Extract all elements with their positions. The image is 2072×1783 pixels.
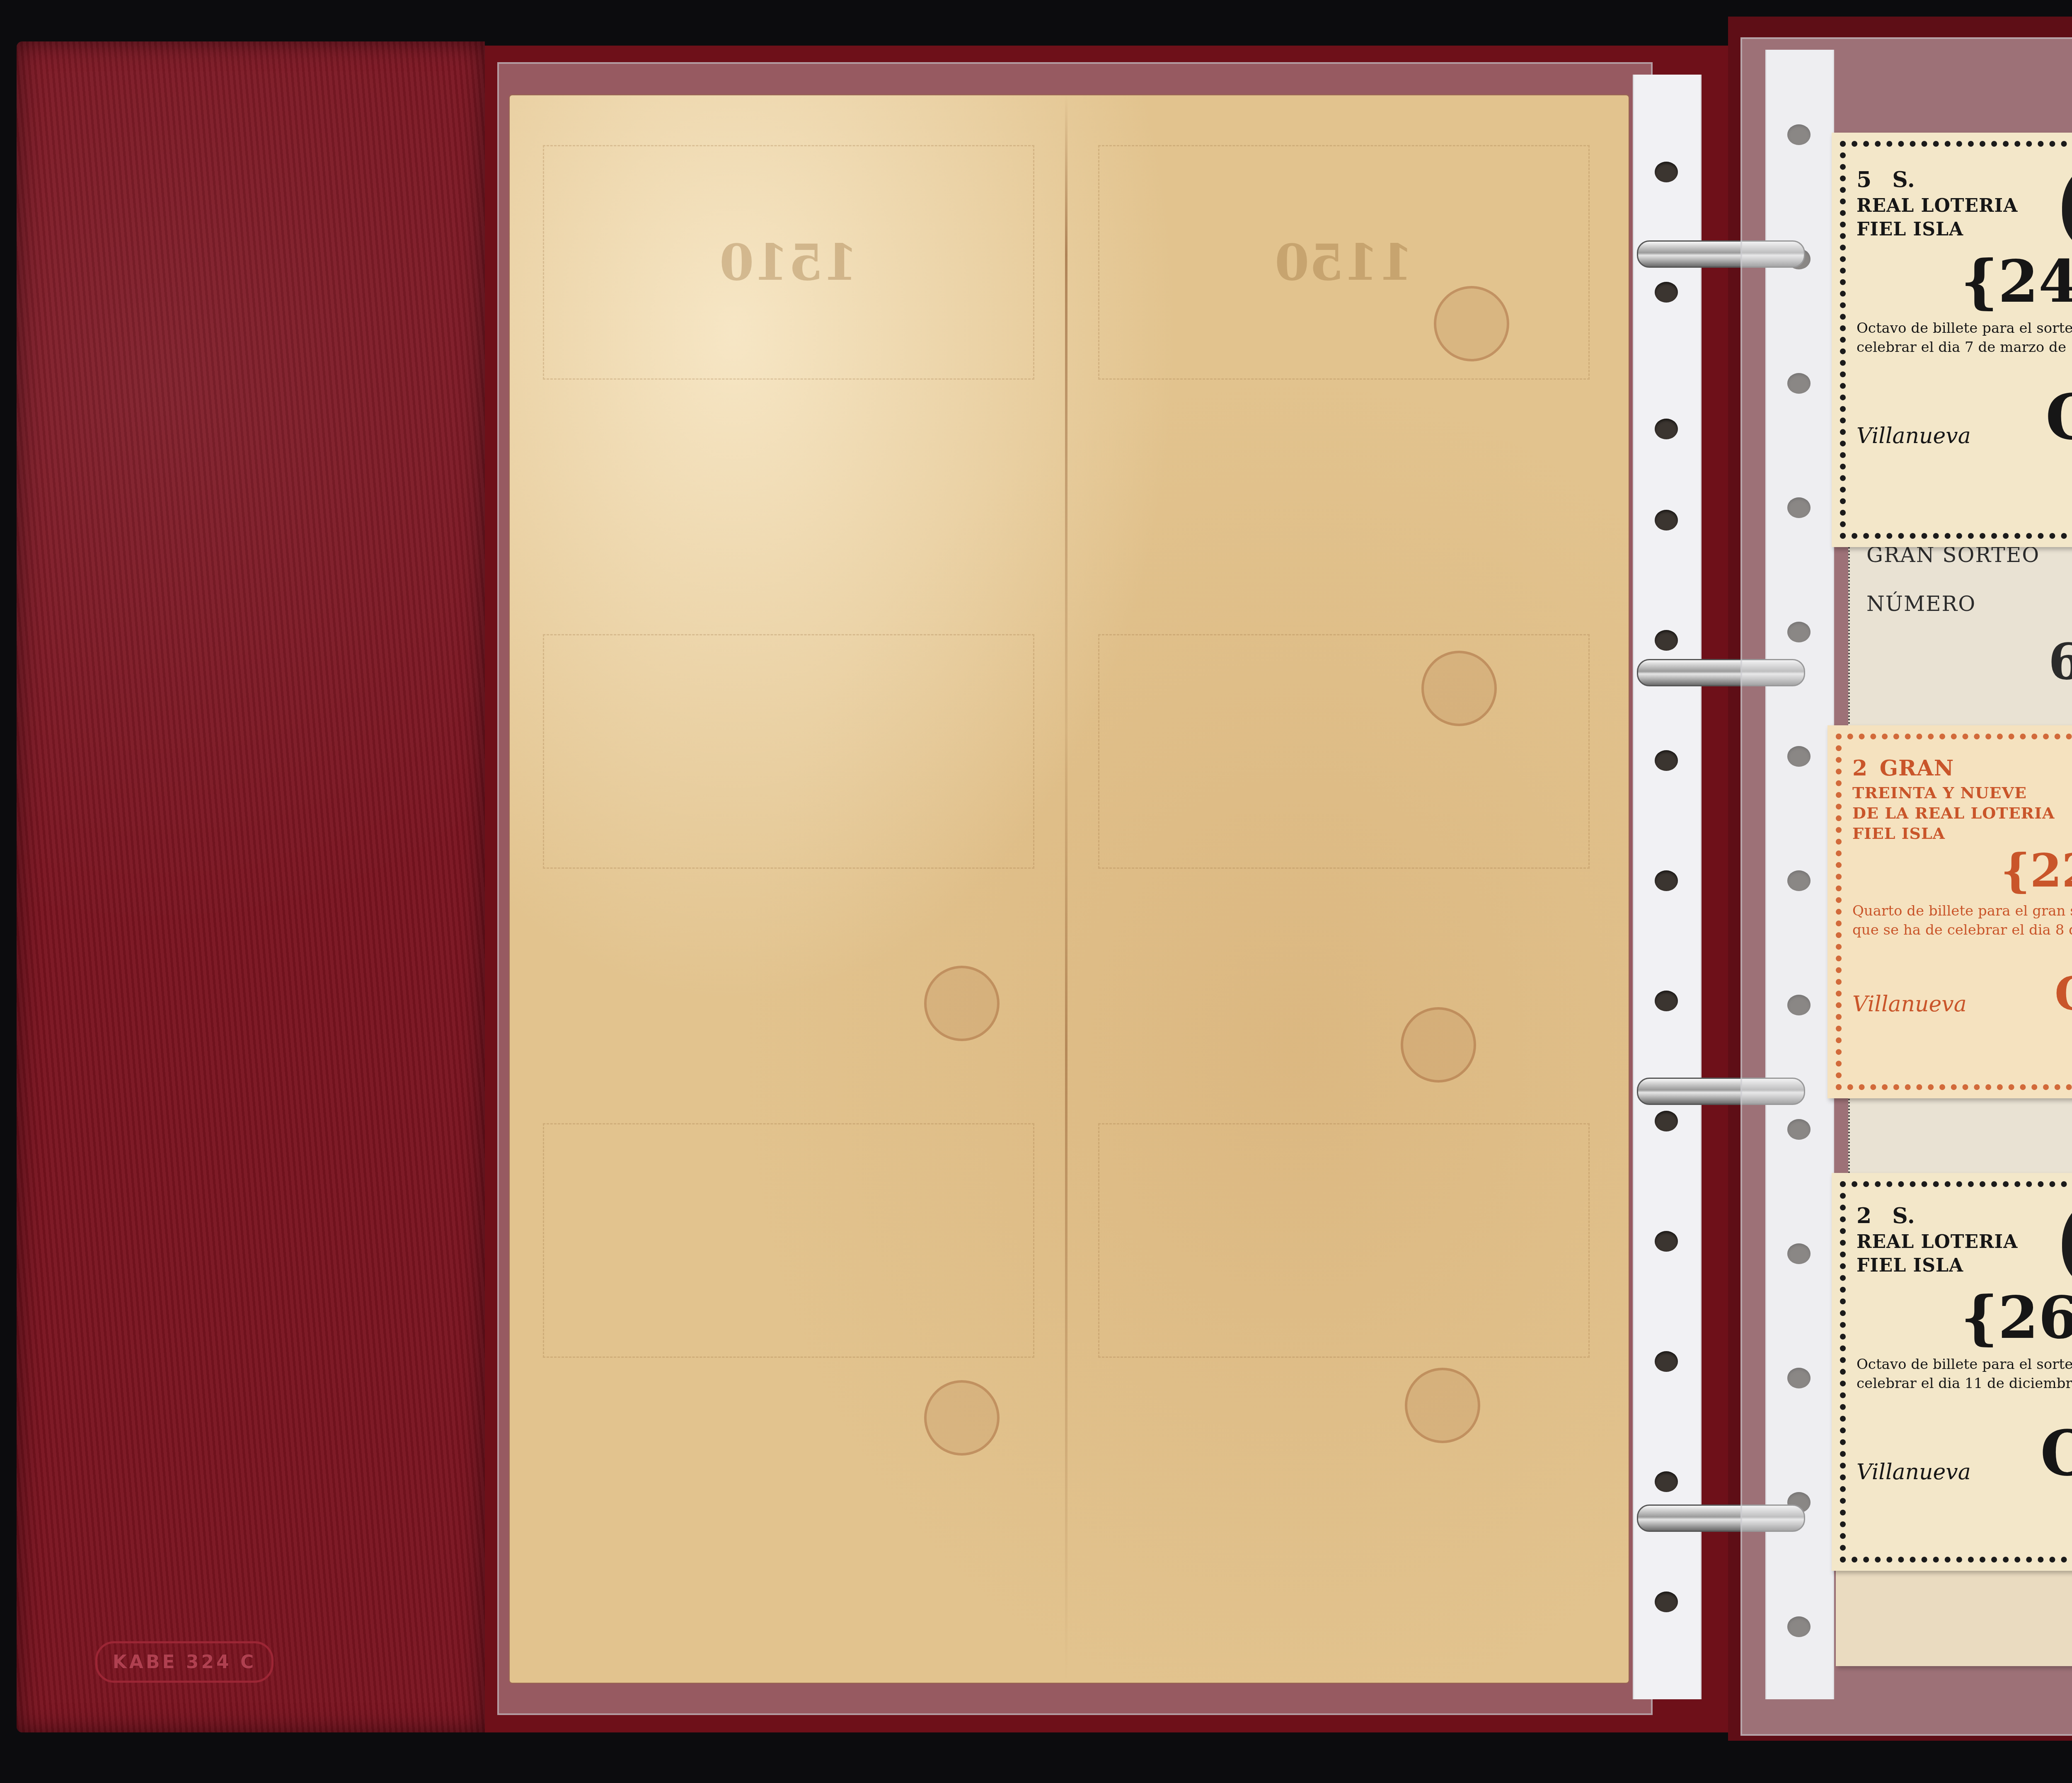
royal-crest-icon bbox=[2062, 166, 2072, 249]
binder-front-cover bbox=[17, 41, 485, 1732]
ghost-seal bbox=[1421, 651, 1497, 726]
sheet-fold-stain bbox=[1065, 95, 1067, 1683]
ghost-ticket: 1150 bbox=[1098, 145, 1590, 380]
ghost-seal bbox=[1405, 1368, 1480, 1443]
ghost-ticket: 1510 bbox=[543, 145, 1034, 380]
ghost-ticket bbox=[543, 634, 1034, 869]
uncut-ticket-sheet-reverse: 1510 1150 bbox=[510, 95, 1629, 1683]
ghost-ticket bbox=[1098, 634, 1590, 869]
signature: Villanueva bbox=[1852, 992, 1967, 1017]
ticket-number: {26898} bbox=[1857, 1289, 2072, 1347]
signature: Villanueva bbox=[1857, 424, 1971, 448]
ghost-seal bbox=[924, 966, 1000, 1041]
ticket-number: {22423} bbox=[1852, 848, 2072, 894]
lottery-ticket[interactable]: 5 S. REAL LOTERIA FIEL ISLA 320. DE LA S… bbox=[1832, 133, 2072, 547]
royal-crest-icon bbox=[2062, 1202, 2072, 1285]
left-page-punched-strip bbox=[1633, 75, 1702, 1699]
signature: Villanueva bbox=[1857, 1460, 1971, 1485]
ghost-ticket bbox=[543, 1123, 1034, 1358]
lottery-ticket[interactable]: 2 GRAN TREINTA Y NUEVE DE LA REAL LOTERI… bbox=[1828, 725, 2072, 1098]
ghost-seal bbox=[1401, 1007, 1476, 1083]
ghost-seal bbox=[924, 1380, 1000, 1456]
ghost-seal bbox=[1434, 286, 1509, 361]
binder-brand-logo: KABE 324 C bbox=[95, 1641, 274, 1683]
lottery-ticket[interactable]: 2 S. REAL LOTERIA FIEL ISLA 330. DE LA S… bbox=[1832, 1173, 2072, 1571]
ticket-number: {24965} bbox=[1857, 253, 2072, 311]
ghost-ticket bbox=[1098, 1123, 1590, 1358]
